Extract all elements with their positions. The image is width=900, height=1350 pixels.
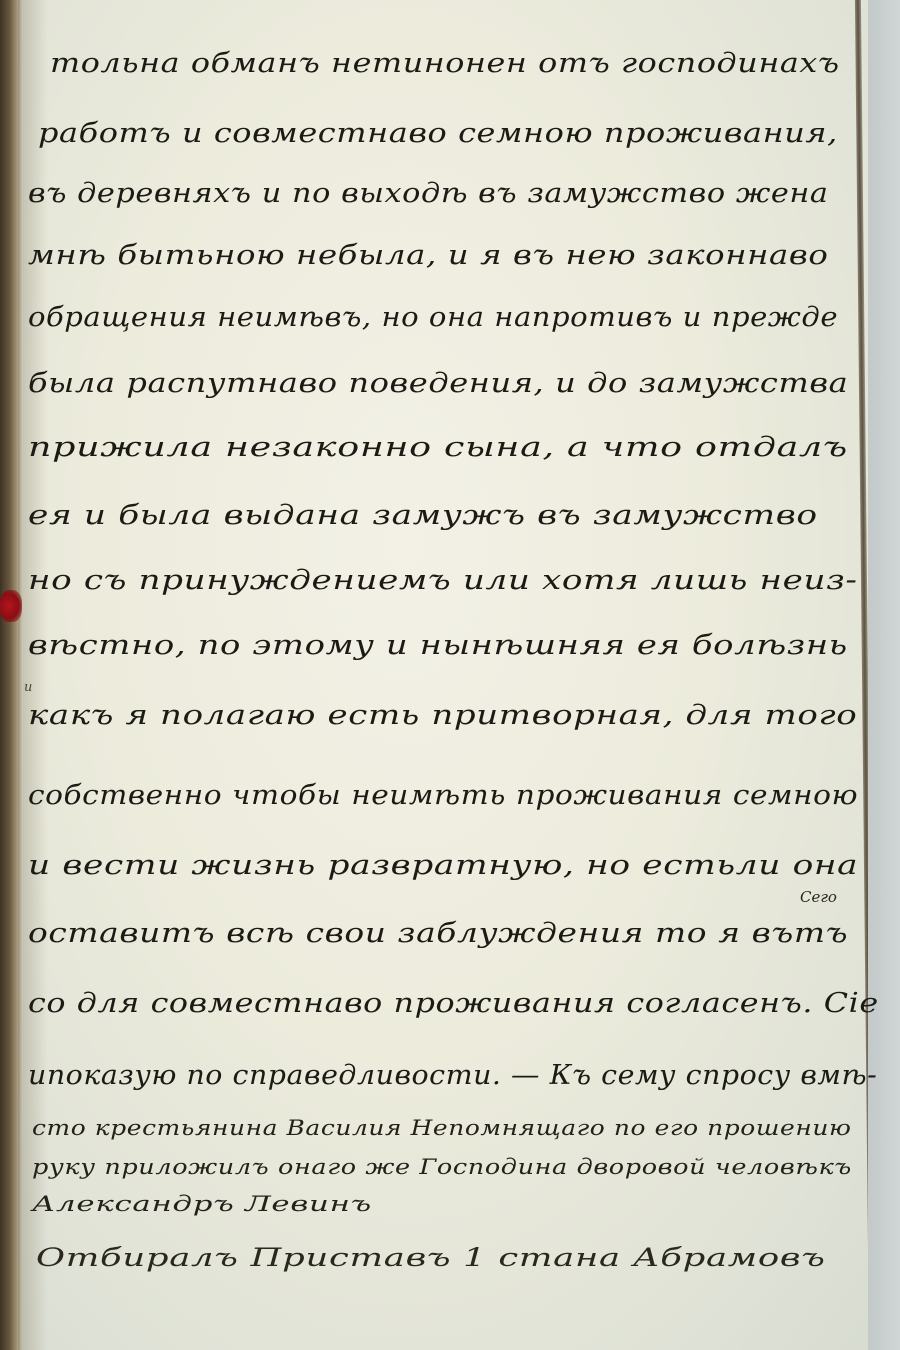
- text-line: обращения неимѣвъ, но она напротивъ и пр…: [28, 302, 838, 333]
- text-line: въ деревняхъ и по выходѣ въ замужство же…: [28, 178, 828, 209]
- text-line: была распутнаво поведения, и до замужств…: [28, 368, 848, 399]
- text-line: работъ и совместнаво семною проживания,: [38, 118, 838, 149]
- next-page-margin: [868, 0, 900, 1350]
- text-line: со для совместнаво проживания согласенъ.…: [28, 988, 879, 1019]
- text-line: вѣстно, по этому и нынѣшняя ея болѣзнь: [28, 630, 848, 661]
- text-line: ея и была выдана замужъ въ замужство: [28, 500, 818, 531]
- handwritten-text-block: тольна обманъ нетинонен отъ господинахъ …: [0, 0, 860, 1350]
- text-line: и вести жизнь развратную, но естьли она: [28, 850, 858, 881]
- text-line: тольна обманъ нетинонен отъ господинахъ: [50, 48, 840, 79]
- text-line: оставитъ всѣ свои заблуждения то я вътъ: [28, 918, 848, 949]
- text-line: прижила незаконно сына, а что отдалъ: [28, 432, 848, 463]
- text-line: сто крестьянина Василия Непомнящаго по е…: [32, 1116, 851, 1140]
- text-line: какъ я полагаю есть притворная, для того: [28, 700, 857, 731]
- text-line: собственно чтобы неимѣть проживания семн…: [28, 780, 858, 811]
- text-line: мнѣ бытьною небыла, и я въ нею законнаво: [28, 240, 828, 271]
- text-line: но съ принуждениемъ или хотя лишь неиз-: [28, 565, 858, 596]
- signature-line: Отбиралъ Приставъ 1 стана Абрамовъ: [36, 1243, 826, 1272]
- text-line: Александръ Левинъ: [32, 1192, 372, 1216]
- left-margin-mark: и: [24, 680, 32, 695]
- margin-note: Сего: [800, 888, 837, 906]
- text-line: руку приложилъ онаго же Господина дворов…: [32, 1155, 852, 1179]
- text-line: ипоказую по справедливости. — Къ сему сп…: [28, 1060, 877, 1091]
